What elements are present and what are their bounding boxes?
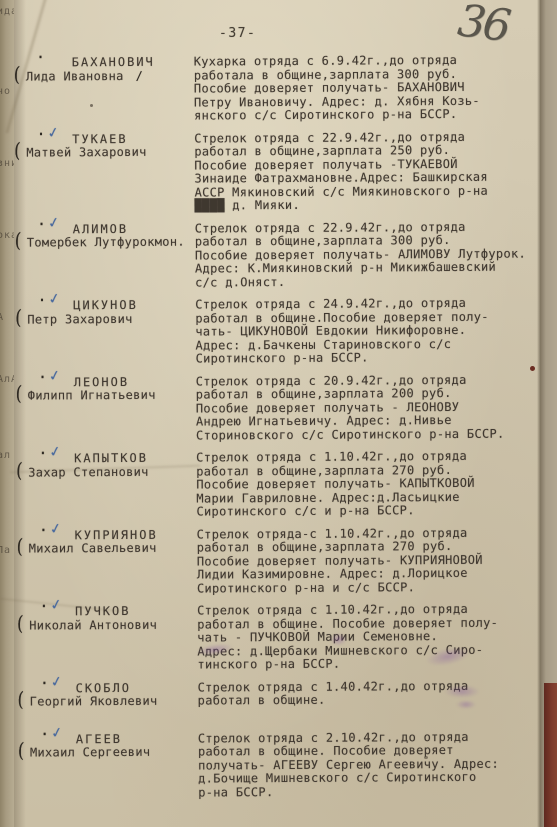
name-column: · ✓ КУПРИЯНОВ (Михаил Савельевич: [29, 528, 197, 597]
name-column: · БАХАНОВИЧ (Лида Ивановна/: [26, 56, 194, 125]
red-cover-edge: [544, 683, 557, 827]
firstname-text: (Матвей Захарович: [26, 146, 194, 161]
slash-mark: /: [136, 68, 144, 82]
entry-details: Стрелок отряда-с 1.10.42г.,до отряда раб…: [197, 526, 537, 596]
checkmark-icon: ✓: [51, 724, 63, 739]
bleedthrough-text: идаи: [0, 6, 14, 17]
checkmark-icon: ✓: [50, 673, 62, 688]
entry-details: Стрелок отряда с 22.9.42г.,до отряда раб…: [195, 220, 535, 290]
roster-entry: · ✓ ЦИКУНОВ (Петр Захарович Стрелок отря…: [27, 296, 539, 367]
ink-dot-mark: ·: [38, 446, 48, 460]
surname-text: ЦИКУНОВ: [73, 299, 195, 313]
firstname-text: (Лида Ивановна/: [26, 69, 194, 84]
typed-page-number: -37-: [219, 26, 256, 41]
ink-dot-mark: ·: [40, 727, 50, 741]
surname-text: БАХАНОВИЧ: [72, 56, 194, 70]
checkmark-icon: ✓: [49, 444, 61, 459]
ink-dot-mark: ·: [37, 217, 47, 231]
bleedthrough-text: но ви: [0, 86, 14, 97]
brace-mark: (: [15, 232, 22, 249]
checkmark-icon: ✓: [47, 124, 59, 139]
roster-entry: · ✓ АГЕЕВ (Михаил Сергеевич Стрелок отря…: [30, 730, 542, 801]
checkmark-icon: ✓: [49, 367, 61, 382]
firstname-text: (Михаил Савельевич: [29, 542, 197, 557]
bleedthrough-text: ока: [0, 230, 14, 241]
brace-mark: (: [18, 742, 25, 759]
bleedthrough-text: зни: [0, 158, 14, 169]
checkmark-icon: ✓: [48, 214, 60, 229]
brace-mark: (: [15, 308, 22, 325]
firstname-text: (Николай Антонович: [29, 618, 197, 633]
roster-entry: · ✓ ПУЧКОВ (Николай Антонович Стрелок от…: [29, 602, 541, 673]
brace-mark: (: [14, 65, 21, 82]
handwritten-page-number: 36: [455, 0, 511, 52]
ink-dot-mark: ·: [37, 293, 47, 307]
checkmark-icon: ✓: [50, 597, 62, 612]
purple-ink-smudge: [444, 685, 480, 698]
name-column: · ✓ СКОБЛО (Георгий Яковлевич: [30, 681, 198, 709]
ink-dot-mark: ·: [36, 50, 46, 64]
brace-mark: (: [15, 385, 22, 402]
firstname-text: (Филипп Игнатьевич: [28, 389, 196, 404]
bleedthrough-text: АлА: [0, 374, 14, 385]
roster-entry: · ✓ КАПЫТКОВ (Захар Степанович Стрелок о…: [28, 449, 540, 520]
entry-details: Стрелок отряда с 2.10.42г.,до отряда раб…: [198, 730, 538, 800]
entry-details: Стрелок отряда с 1.10.42г.,до отряда раб…: [196, 449, 536, 519]
brace-mark: (: [16, 538, 23, 555]
ink-dot-mark: ·: [39, 599, 49, 613]
name-column: · ✓ АГЕЕВ (Михаил Сергеевич: [30, 732, 198, 801]
checkmark-icon: ✓: [49, 520, 61, 535]
firstname-text: (Захар Степанович: [28, 465, 196, 480]
firstname-text: (Георгий Яковлевич: [30, 695, 198, 710]
name-column: · ✓ КАПЫТКОВ (Захар Степанович: [28, 452, 196, 521]
entry-details: Стрелок отряда с 1.40.42г.,до отряда раб…: [198, 679, 538, 708]
entry-details: Стрелок отряда с 22.9.42г.,до отряда раб…: [194, 130, 534, 213]
firstname-text: (Петр Захарович: [27, 312, 195, 327]
name-column: · ✓ ТУКАЕВ (Матвей Захарович: [26, 132, 194, 214]
purple-ink-smudge: [330, 633, 347, 646]
roster-entry: · ✓ КУПРИЯНОВ (Михаил Савельевич Стрелок…: [29, 526, 541, 597]
ink-dot-mark: ·: [38, 370, 48, 384]
checkmark-icon: ✓: [48, 291, 60, 306]
brace-mark: (: [17, 691, 24, 708]
roster-entry: · ✓ АЛИМОВ (Томербек Лутфурокмон. Стрело…: [27, 220, 539, 291]
name-column: · ✓ АЛИМОВ (Томербек Лутфурокмон.: [27, 222, 195, 291]
scanned-document-page: идаи но ви зни ока А АлА ал Па -37- 36 ·…: [0, 0, 557, 827]
entry-details: Стрелок отряда с 20.9.42г.,до отряда раб…: [196, 373, 536, 443]
name-column: · ✓ ЦИКУНОВ (Петр Захарович: [27, 299, 195, 368]
bleedthrough-text: Па: [0, 545, 11, 556]
firstname-text: (Михаил Сергеевич: [30, 746, 198, 761]
ink-dot-mark: ·: [39, 676, 49, 690]
ink-dot-mark: ·: [36, 127, 46, 141]
brace-mark: (: [16, 461, 23, 478]
roster-entry: · БАХАНОВИЧ (Лида Ивановна/ Кухарка отря…: [26, 53, 538, 124]
brace-mark: (: [17, 614, 24, 631]
bleedthrough-text: А: [0, 312, 4, 323]
name-column: · ✓ ПУЧКОВ (Николай Антонович: [29, 605, 197, 674]
purple-ink-smudge: [456, 700, 476, 709]
entry-details: Кухарка отряда с 6.9.42г.,до отряда рабо…: [194, 53, 534, 123]
entry-details: Стрелок отряда с 24.9.42г.,до отряда раб…: [195, 296, 535, 366]
entry-details: Стрелок отряда с 1.10.42г.,до отряда раб…: [197, 602, 537, 672]
brace-mark: (: [14, 142, 21, 159]
roster-entry: · ✓ ТУКАЕВ (Матвей Захарович Стрелок отр…: [26, 130, 538, 214]
ink-dot-mark: ·: [39, 523, 49, 537]
bleedthrough-text: ал: [0, 450, 11, 461]
roster-entry: · ✓ ЛЕОНОВ (Филипп Игнатьевич Стрелок от…: [28, 373, 540, 444]
firstname-text: (Томербек Лутфурокмон.: [27, 236, 195, 251]
name-column: · ✓ ЛЕОНОВ (Филипп Игнатьевич: [28, 375, 196, 444]
